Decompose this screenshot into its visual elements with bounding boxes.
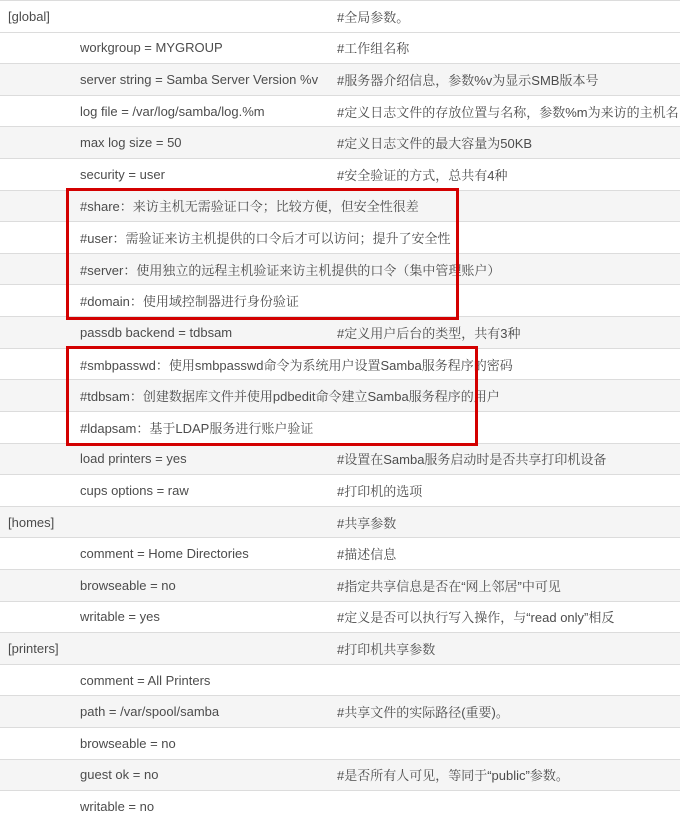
config-param-row: browseable = no — [0, 728, 680, 760]
config-note-row: #tdbsam：创建数据库文件并使用pdbedit命令建立Samba服务程序的用… — [0, 380, 680, 412]
comment-text: #指定共享信息是否在“网上邻居”中可见 — [337, 576, 680, 595]
param-text: passdb backend = tdbsam — [80, 325, 337, 340]
param-text: load printers = yes — [80, 451, 337, 466]
config-note-row: #user：需验证来访主机提供的口令后才可以访问；提升了安全性 — [0, 222, 680, 254]
comment-text: #全局参数。 — [337, 7, 680, 26]
comment-text: #定义是否可以执行写入操作，与“read only”相反 — [337, 607, 680, 626]
param-text: browseable = no — [80, 578, 337, 593]
param-text: writable = yes — [80, 609, 337, 624]
config-note-row: #server：使用独立的远程主机验证来访主机提供的口令（集中管理账户） — [0, 254, 680, 286]
config-note-row: #ldapsam：基于LDAP服务进行账户验证 — [0, 412, 680, 444]
comment-text: #打印机共享参数 — [337, 639, 680, 658]
config-param-row: path = /var/spool/samba#共享文件的实际路径(重要)。 — [0, 696, 680, 728]
param-text: security = user — [80, 167, 337, 182]
config-note-row: #share：来访主机无需验证口令；比较方便，但安全性很差 — [0, 191, 680, 223]
inline-note-text: #domain：使用域控制器进行身份验证 — [80, 291, 680, 310]
comment-text: #共享文件的实际路径(重要)。 — [337, 702, 680, 721]
inline-note-text: #server：使用独立的远程主机验证来访主机提供的口令（集中管理账户） — [80, 260, 680, 279]
config-param-row: comment = Home Directories#描述信息 — [0, 538, 680, 570]
config-param-row: passdb backend = tdbsam#定义用户后台的类型，共有3种 — [0, 317, 680, 349]
config-param-row: workgroup = MYGROUP#工作组名称 — [0, 33, 680, 65]
config-note-row: #smbpasswd：使用smbpasswd命令为系统用户设置Samba服务程序… — [0, 349, 680, 381]
inline-note-text: #ldapsam：基于LDAP服务进行账户验证 — [80, 418, 680, 437]
comment-text: #定义用户后台的类型，共有3种 — [337, 323, 680, 342]
config-param-row: writable = no — [0, 791, 680, 822]
section-label: [homes] — [0, 515, 80, 530]
section-label: [global] — [0, 9, 80, 24]
inline-note-text: #tdbsam：创建数据库文件并使用pdbedit命令建立Samba服务程序的用… — [80, 386, 680, 405]
param-text: log file = /var/log/samba/log.%m — [80, 104, 337, 119]
comment-text: #设置在Samba服务启动时是否共享打印机设备 — [337, 449, 680, 468]
param-text: workgroup = MYGROUP — [80, 40, 337, 55]
comment-text: #是否所有人可见，等同于“public”参数。 — [337, 765, 680, 784]
param-text: path = /var/spool/samba — [80, 704, 337, 719]
config-param-row: security = user#安全验证的方式，总共有4种 — [0, 159, 680, 191]
comment-text: #打印机的选项 — [337, 481, 680, 500]
param-text: writable = no — [80, 799, 337, 814]
param-text: max log size = 50 — [80, 135, 337, 150]
param-text: server string = Samba Server Version %v — [80, 72, 337, 87]
samba-config-table: [global]#全局参数。workgroup = MYGROUP#工作组名称s… — [0, 0, 680, 822]
inline-note-text: #share：来访主机无需验证口令；比较方便，但安全性很差 — [80, 196, 680, 215]
param-text: browseable = no — [80, 736, 337, 751]
comment-text: #定义日志文件的存放位置与名称，参数%m为来访的主机名 — [337, 102, 680, 121]
section-label: [printers] — [0, 641, 80, 656]
config-param-row: load printers = yes#设置在Samba服务启动时是否共享打印机… — [0, 444, 680, 476]
comment-text: #描述信息 — [337, 544, 680, 563]
config-param-row: server string = Samba Server Version %v#… — [0, 64, 680, 96]
inline-note-text: #smbpasswd：使用smbpasswd命令为系统用户设置Samba服务程序… — [80, 355, 680, 374]
inline-note-text: #user：需验证来访主机提供的口令后才可以访问；提升了安全性 — [80, 228, 680, 247]
comment-text: #服务器介绍信息，参数%v为显示SMB版本号 — [337, 70, 680, 89]
config-note-row: #domain：使用域控制器进行身份验证 — [0, 285, 680, 317]
comment-text: #共享参数 — [337, 513, 680, 532]
comment-text: #安全验证的方式，总共有4种 — [337, 165, 680, 184]
config-param-row: browseable = no#指定共享信息是否在“网上邻居”中可见 — [0, 570, 680, 602]
config-param-row: comment = All Printers — [0, 665, 680, 697]
param-text: comment = All Printers — [80, 673, 337, 688]
comment-text: #工作组名称 — [337, 38, 680, 57]
config-param-row: guest ok = no#是否所有人可见，等同于“public”参数。 — [0, 760, 680, 792]
config-section-row: [global]#全局参数。 — [0, 1, 680, 33]
param-text: comment = Home Directories — [80, 546, 337, 561]
config-section-row: [homes]#共享参数 — [0, 507, 680, 539]
config-param-row: log file = /var/log/samba/log.%m#定义日志文件的… — [0, 96, 680, 128]
config-section-row: [printers]#打印机共享参数 — [0, 633, 680, 665]
config-param-row: max log size = 50#定义日志文件的最大容量为50KB — [0, 127, 680, 159]
config-param-row: writable = yes#定义是否可以执行写入操作，与“read only”… — [0, 602, 680, 634]
config-param-row: cups options = raw#打印机的选项 — [0, 475, 680, 507]
param-text: cups options = raw — [80, 483, 337, 498]
param-text: guest ok = no — [80, 767, 337, 782]
comment-text: #定义日志文件的最大容量为50KB — [337, 133, 680, 152]
